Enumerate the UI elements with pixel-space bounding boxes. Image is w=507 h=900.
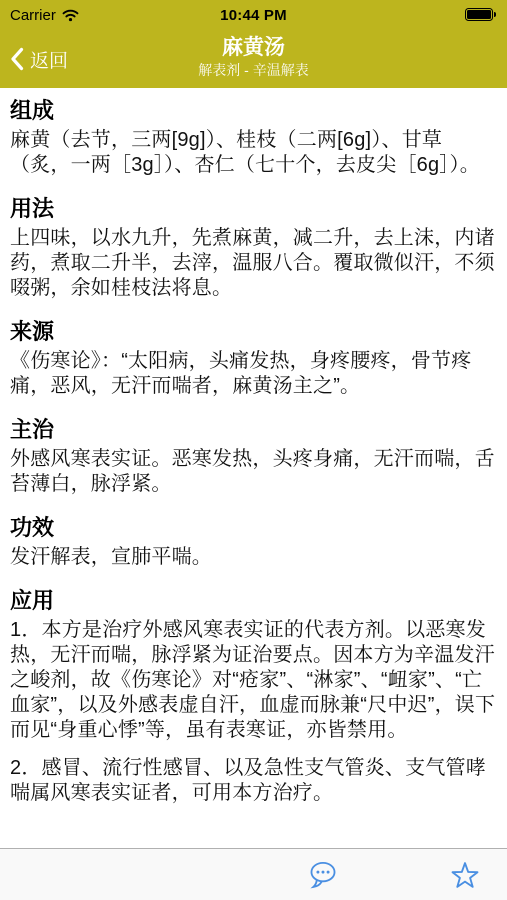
comment-icon[interactable] — [308, 860, 338, 890]
battery-icon — [465, 8, 493, 21]
section-paragraph: 上四味，以水九升，先煮麻黄，减二升，去上沫，内诸药，煮取二升半，去滓，温服八合。… — [10, 226, 497, 301]
section-composition: 组成麻黄（去节，三两[9g]）、桂枝（二两[6g]）、甘草（炙，一两［3g］）、… — [10, 98, 497, 178]
status-time: 10:44 PM — [0, 0, 507, 30]
section-paragraph: 2．感冒、流行性感冒、以及急性支气管炎、支气管哮喘属风寒表实证者，可用本方治疗。 — [10, 756, 497, 806]
section-heading: 应用 — [10, 588, 497, 614]
content-scroll[interactable]: 组成麻黄（去节，三两[9g]）、桂枝（二两[6g]）、甘草（炙，一两［3g］）、… — [0, 88, 507, 848]
star-icon[interactable] — [450, 860, 480, 890]
nav-titles: 麻黄汤 解表剂 - 辛温解表 — [60, 34, 447, 79]
chevron-left-icon — [10, 47, 24, 71]
section-usage: 用法上四味，以水九升，先煮麻黄，减二升，去上沫，内诸药，煮取二升半，去滓，温服八… — [10, 196, 497, 301]
section-heading: 组成 — [10, 98, 497, 124]
section-heading: 来源 — [10, 319, 497, 345]
app-screen: Carrier 10:44 PM 返回 麻黄汤 解表剂 - 辛温解表 — [0, 0, 507, 900]
bottom-toolbar — [0, 848, 507, 900]
section-heading: 主治 — [10, 417, 497, 443]
section-heading: 用法 — [10, 196, 497, 222]
section-indications: 主治外感风寒表实证。恶寒发热，头疼身痛，无汗而喘，舌苔薄白，脉浮紧。 — [10, 417, 497, 497]
section-paragraph: 《伤寒论》：“太阳病，头痛发热，身疼腰疼，骨节疼痛，恶风，无汗而喘者，麻黄汤主之… — [10, 349, 497, 399]
section-source: 来源《伤寒论》：“太阳病，头痛发热，身疼腰疼，骨节疼痛，恶风，无汗而喘者，麻黄汤… — [10, 319, 497, 399]
section-applications: 应用1．本方是治疗外感风寒表实证的代表方剂。以恶寒发热，无汗而喘，脉浮紧为证治要… — [10, 588, 497, 806]
section-paragraph: 发汗解表，宣肺平喘。 — [10, 545, 497, 570]
section-paragraph: 麻黄（去节，三两[9g]）、桂枝（二两[6g]）、甘草（炙，一两［3g］）、杏仁… — [10, 128, 497, 178]
section-actions: 功效发汗解表，宣肺平喘。 — [10, 515, 497, 570]
section-paragraph: 1．本方是治疗外感风寒表实证的代表方剂。以恶寒发热，无汗而喘，脉浮紧为证治要点。… — [10, 618, 497, 743]
section-heading: 功效 — [10, 515, 497, 541]
page-title: 麻黄汤 — [60, 34, 447, 62]
section-paragraph: 外感风寒表实证。恶寒发热，头疼身痛，无汗而喘，舌苔薄白，脉浮紧。 — [10, 447, 497, 497]
page-subtitle: 解表剂 - 辛温解表 — [60, 62, 447, 79]
status-bar: Carrier 10:44 PM — [0, 0, 507, 30]
navigation-bar: 返回 麻黄汤 解表剂 - 辛温解表 — [0, 30, 507, 88]
